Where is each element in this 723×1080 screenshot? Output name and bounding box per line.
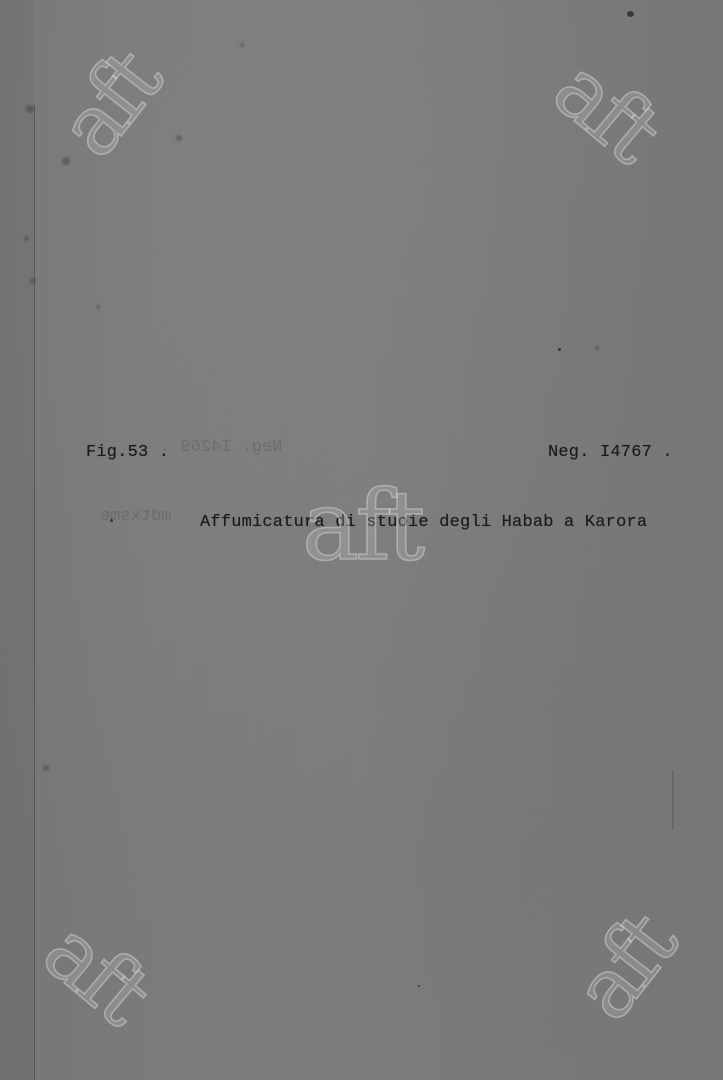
dust-speck: [240, 43, 244, 47]
figure-label: Fig.53 .: [86, 443, 169, 462]
watermark-bottom-left: aft: [30, 907, 163, 1038]
dust-speck: [96, 305, 100, 309]
watermark-top-right: aft: [540, 45, 673, 176]
film-scratch: [672, 770, 674, 830]
watermark-top-left: aft: [45, 38, 175, 171]
negative-number-label: Neg. I4767 .: [548, 443, 673, 462]
dust-speck: [30, 278, 36, 284]
dust-speck: [595, 346, 599, 350]
dust-speck: [62, 157, 70, 165]
dust-speck: [26, 105, 34, 113]
dust-speck: [24, 236, 29, 241]
dust-speck: [558, 348, 561, 351]
bleed-through-caption-fragment: mdtxsme: [100, 507, 171, 526]
page-edge-line: [34, 105, 35, 1080]
dust-speck: [43, 765, 49, 771]
scanned-document-page: Neg. I4269 . mdtxsme Fig.53 . Neg. I4767…: [0, 0, 723, 1080]
dust-speck: [418, 985, 420, 987]
dust-speck: [627, 11, 634, 17]
bleed-through-negative-label: Neg. I4269 .: [160, 438, 282, 457]
watermark-bottom-right: aft: [560, 901, 690, 1034]
photo-caption: Affumicatura di stuoie degli Habab a Kar…: [200, 513, 647, 532]
dust-speck: [176, 135, 182, 141]
dust-speck: [110, 519, 113, 522]
page-edge-shadow: [0, 0, 34, 1080]
